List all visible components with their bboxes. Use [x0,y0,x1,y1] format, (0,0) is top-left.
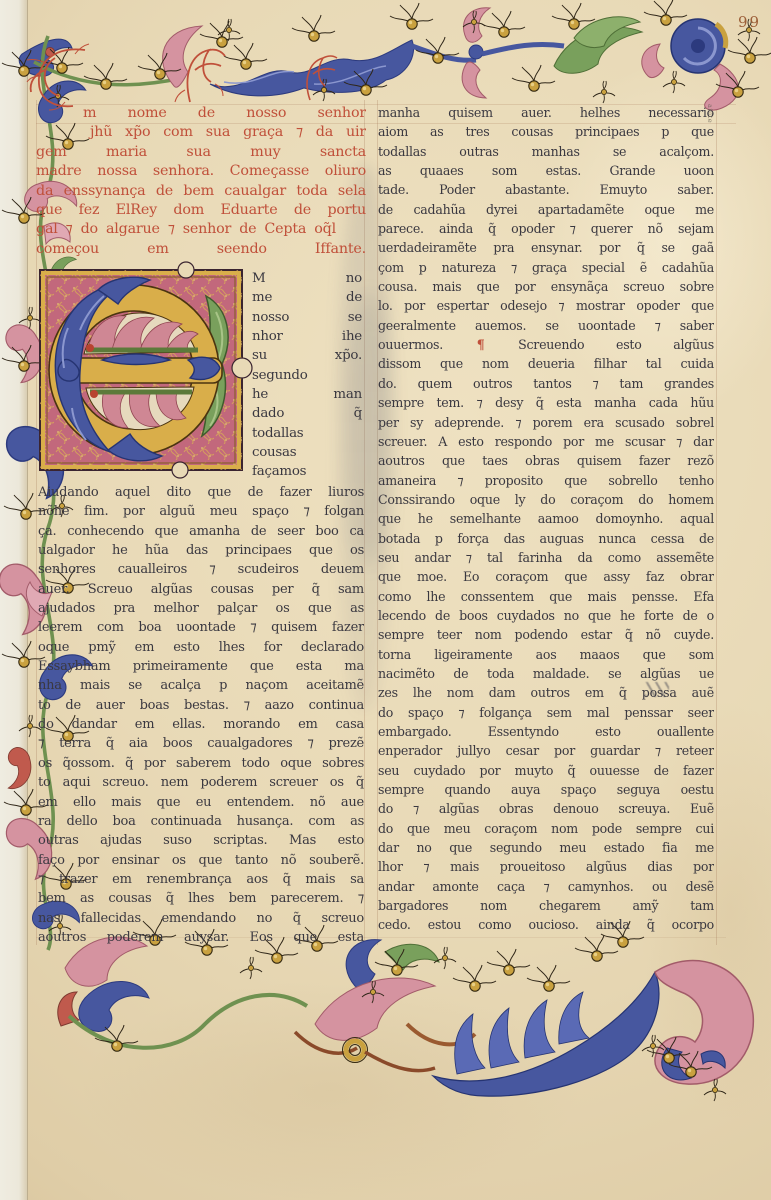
rubric-incipit: m nome de nosso senhorjhũ xp̃o com sua g… [36,104,366,259]
text-line: aoutros que taes obras quisem fazer rezõ [378,451,714,470]
text-line: as quaaes som estas. Grande uoon [378,161,714,180]
rubric-line: jhũ xp̃o com sua graça ⁊ da uir [36,123,366,142]
text-line: nas fallecidas emendando no q̃ screuo [38,909,364,928]
text-line: auer. Screuo algũas cousas per q̃ sam [38,580,364,599]
text-line: per sy adeprende. ⁊ porem era scusado so… [378,413,714,432]
text-line: cousa. mais que por ensynãça screuo sobr… [378,277,714,296]
rubric-line: m nome de nosso senhor [36,104,366,123]
initial-side-column: M nome denosso senhor ihesu xp̃o.segundo… [252,269,362,482]
text-line: lo. por espertar odesejo ⁊ mostrar opode… [378,296,714,315]
text-line: cedo. estou como oucioso. ainda q̃ ocorp… [378,915,714,934]
text-line: ualgador he hũa das principaes que os [38,541,364,560]
text-line: ouuermos. ¶ Screuendo esto algũus [378,335,714,354]
text-line: que moe. Eo coraçom que assy faz obrar [378,567,714,586]
rubric-line: gem maria sua muy sancta [36,143,366,162]
text-line: ⁊ terra q̃ aia boos caualgadores ⁊ prezẽ [38,734,364,753]
text-line: Aiudando aquel dito que de fazer liuros [38,483,364,502]
text-line: do que meu coraçom nom pode sempre cui [378,819,714,838]
text-line: tade. Poder abastante. Emuyto saber. [378,180,714,199]
text-line: zes lhe nom dam outros em q̃ possa auẽ [378,683,714,702]
text-line: todallas [252,424,362,443]
text-line: botada p força das auguas nunca cessa de [378,529,714,548]
text-line: to de auer boas bestas. ⁊ aazo continua [38,696,364,715]
text-line: ça. conhecendo que amanha de seer boo ca [38,522,364,541]
text-line: os q̃ossom. q̃ por saberem todo oque sob… [38,754,364,773]
text-line: to aqui screuo. nem poderem screuer os q… [38,773,364,792]
text-line: me de [252,288,362,307]
text-line: he man [252,385,362,404]
text-line: amaneira ⁊ proposito que sobrello tenho [378,471,714,490]
text-line: dar no que segundo meu estado fia me [378,838,714,857]
rubric-line: gal ⁊ do algarue ⁊ senhor de Cepta oq̃l [36,220,336,239]
marginal-note: aiũte [706,104,714,123]
text-line: andar amonte caça ⁊ camynhos. ou desẽ [378,877,714,896]
text-line: seu andar ⁊ tal farinha da como assemẽte [378,548,714,567]
text-line: çom p natureza ⁊ graça special ẽ cadahũa [378,258,714,277]
text-line: oque pmỹ em esto lhes for declarado [38,638,364,657]
text-line: sempre tem. ⁊ desy q̃ esta manha cada hũ… [378,393,714,412]
rubric-line: começou em seendo Iffante. [36,240,366,259]
text-line: aoutros poderem auysar. Eos que esta [38,928,364,947]
text-line: de cadahũa dyrei apartadamẽte oque me [378,200,714,219]
text-line: screuer. A esto respondo por me scusar ⁊… [378,432,714,451]
text-line: ra dello boa continuada husança. com as [38,812,364,831]
text-line: senhores caualleiros ⁊ scudeiros deuem [38,560,364,579]
text-line: aiom as tres cousas principaes p que [378,122,714,141]
text-line: dado q̃ [252,404,362,423]
text-line: nacimẽto de toda maldade. se algũas ue [378,664,714,683]
text-line: do ⁊ algũas obras denouo screuya. Euẽ [378,799,714,818]
text-line: nhor ihe [252,327,362,346]
text-line: nosso se [252,308,362,327]
bottom-flourish-ornament [55,928,765,1123]
text-line: nõhe fim. por alguũ meu spaço ⁊ folgan [38,502,364,521]
text-line: dissom que nom deueria filhar tal cuida [378,354,714,373]
text-line: outras ajudas suso scriptas. Mas esto [38,831,364,850]
text-line: que he semelhante aamoo domoynho. aqual [378,509,714,528]
text-line: embargado. Essentyndo esto ouallente [378,722,714,741]
left-text-column: Aiudando aquel dito que de fazer liurosn… [38,483,364,947]
folio-number: 99 [738,13,761,31]
text-line: do dandar em ellas. morando em casa [38,715,364,734]
text-line: seu cuydado por muyto q̃ ouuesse de faze… [378,761,714,780]
text-line: como lhe conssentem que mais pensse. Efa [378,587,714,606]
text-line: ajudados pra melhor palçar os que as [38,599,364,618]
red-cadel-flourish [25,40,355,112]
text-line: nha mais se acalça p naçom aceitamẽ [38,676,364,695]
text-line: façamos [252,462,362,481]
text-line: parece. ainda q̃ opoder ⁊ querer nõ seja… [378,219,714,238]
illuminated-initial-E [38,268,246,474]
right-text-column: manha quisem auer. helhes necessarioaiom… [378,103,714,935]
text-line: ⁊ trazer em renembrança aos q̃ mais sa [38,870,364,889]
ruling-line [716,100,717,945]
text-line: segundo [252,366,362,385]
text-line: sempre quando auya spaço seguya oestu [378,780,714,799]
text-line: do spaço ⁊ folgança sem mal penssar seer [378,703,714,722]
text-line: em ello mais que eu entendem. nõ aue [38,793,364,812]
text-line: geeralmente auemos. se uoontade ⁊ saber [378,316,714,335]
rubric-line: madre nossa senhora. Começasse oliuro [36,162,366,181]
text-line: torna ligeiramente aos maaos que som [378,645,714,664]
text-line: enperador jullyo cesar por guardar ⁊ ret… [378,741,714,760]
text-line: todallas outras manhas se acalçom. [378,142,714,161]
text-line: sempre teer nom podendo estar q̃ nõ cuyd… [378,625,714,644]
text-line: su xp̃o. [252,346,362,365]
text-line: lhor ⁊ mais proueitoso algũus dias por [378,857,714,876]
text-line: do. quem outros tantos ⁊ tam grandes [378,374,714,393]
pilcrow-mark: ¶ [475,337,487,352]
text-line: manha quisem auer. helhes necessario [378,103,714,122]
manuscript-page: 99 m nome de nosso senhorjhũ xp̃o com su… [0,0,771,1200]
rubric-line: da enssynança de bem caualgar toda sela [36,182,366,201]
text-line: lecendo de boos cuydados no que he forte… [378,606,714,625]
text-line: uerdadeiramẽte pra ensynar. por q̃ se ga… [378,238,714,257]
text-line: faço por ensinar os que tanto nõ souberẽ… [38,851,364,870]
text-line: bargadores nom chegarem amỹ tam [378,896,714,915]
text-line: leerem com boa uoontade ⁊ quisem fazer [38,618,364,637]
text-line: Conssirando oque ly do coraçom do homem [378,490,714,509]
text-line: M no [252,269,362,288]
rubric-line: que fez ElRey dom Eduarte de portu [36,201,366,220]
text-line: Essaybham primeiramente que esta ma [38,657,364,676]
text-line: cousas [252,443,362,462]
text-line: bem as cousas q̃ lhes bem parecerem. ⁊ [38,889,364,908]
